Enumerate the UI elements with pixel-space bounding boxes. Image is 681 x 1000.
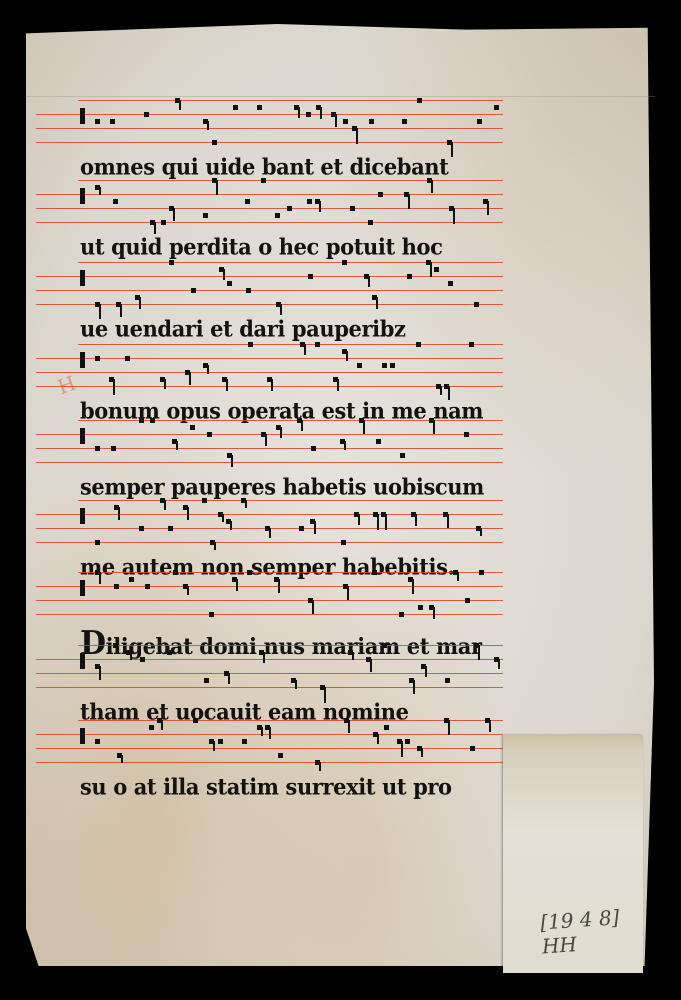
- neume-stem: [314, 521, 316, 534]
- neume-note: [247, 570, 252, 575]
- staff-line: [36, 687, 503, 688]
- neume-stem: [385, 514, 387, 530]
- neume-stem: [228, 673, 230, 684]
- staff-line: [78, 100, 503, 101]
- neume-stem: [189, 372, 191, 385]
- neume-note: [287, 206, 292, 211]
- neume-stem: [304, 344, 306, 355]
- neume-note: [464, 432, 469, 437]
- neume-note: [95, 540, 100, 545]
- neume-stem: [346, 351, 348, 361]
- neume-note: [257, 105, 262, 110]
- clef-icon: [80, 188, 85, 204]
- neume-stem: [280, 304, 282, 315]
- staff-line: [36, 222, 503, 223]
- neume-note: [125, 356, 130, 361]
- neume-note: [139, 526, 144, 531]
- neume-stem: [207, 365, 209, 374]
- neume-note: [140, 657, 145, 662]
- neume-stem: [312, 600, 314, 614]
- neume-stem: [226, 379, 228, 391]
- neume-stem: [269, 727, 271, 739]
- neume-stem: [489, 720, 491, 732]
- neume-note: [129, 577, 134, 582]
- staff-line: [78, 720, 503, 721]
- staff-line: [78, 262, 503, 263]
- neume-note: [477, 119, 482, 124]
- neume-stem: [431, 180, 433, 193]
- neume-stem: [335, 114, 337, 127]
- neume-note: [311, 446, 316, 451]
- neume-stem: [401, 741, 403, 757]
- neume-stem: [480, 528, 482, 536]
- staff-line: [78, 344, 503, 345]
- neume-note: [299, 526, 304, 531]
- clef-icon: [80, 270, 85, 286]
- neume-stem: [130, 652, 132, 660]
- neume-stem: [368, 276, 370, 287]
- neume-note: [369, 119, 374, 124]
- neume-stem: [447, 514, 449, 528]
- neume-stem: [408, 194, 410, 209]
- neume-stem: [453, 208, 455, 224]
- staff-line: [36, 372, 503, 373]
- neume-stem: [319, 201, 321, 212]
- neume-stem: [376, 297, 378, 309]
- neume-note: [357, 363, 362, 368]
- neume-stem: [154, 222, 156, 234]
- neume-note: [402, 119, 407, 124]
- staff-line: [36, 462, 503, 463]
- staff-line: [78, 645, 503, 646]
- neume-stem: [425, 666, 427, 677]
- neume-stem: [377, 734, 379, 744]
- lyric-line: ue uendari et dari pauperibz: [80, 315, 406, 342]
- lyric-line: me autem non semper habebitis.: [80, 553, 454, 580]
- neume-note: [400, 453, 405, 458]
- neume-note: [246, 288, 251, 293]
- neume-stem: [298, 107, 300, 118]
- neume-note: [169, 260, 174, 265]
- neume-stem: [295, 680, 297, 689]
- neume-stem: [433, 607, 435, 619]
- neume-stem: [498, 659, 500, 669]
- neume-stem: [320, 107, 322, 119]
- staff-line: [36, 659, 503, 660]
- neume-note: [209, 612, 214, 617]
- neume-note: [193, 718, 198, 723]
- neume-note: [343, 119, 348, 124]
- neume-note: [190, 425, 195, 430]
- neume-stem: [263, 652, 265, 663]
- neume-stem: [179, 100, 181, 110]
- neume-note: [242, 739, 247, 744]
- neume-stem: [99, 187, 101, 195]
- archival-note: [19 4 8] HH: [539, 904, 644, 959]
- neume-note: [139, 418, 144, 423]
- neume-stem: [337, 379, 339, 391]
- clef-icon: [80, 728, 85, 744]
- neume-note: [95, 446, 100, 451]
- neume-stem: [348, 720, 350, 733]
- clef-icon: [80, 108, 85, 124]
- neume-stem: [440, 386, 442, 395]
- lyric-line: omnes qui uide bant et dicebant: [80, 153, 448, 180]
- neume-stem: [430, 262, 432, 277]
- neume-note: [95, 356, 100, 361]
- neume-note: [307, 199, 312, 204]
- staff-line: [36, 542, 503, 543]
- neume-note: [113, 643, 118, 648]
- neume-note: [376, 439, 381, 444]
- staff-line: [36, 194, 503, 195]
- neume-note: [417, 98, 422, 103]
- neume-note: [248, 342, 253, 347]
- neume-note: [111, 446, 116, 451]
- lyric-line: su o at illa statim surrexit ut pro: [80, 773, 452, 800]
- staff-line: [36, 673, 503, 674]
- staff-line: [36, 142, 503, 143]
- neume-stem: [187, 507, 189, 520]
- neume-stem: [214, 542, 216, 550]
- staff-line: [36, 304, 503, 305]
- neume-stem: [457, 572, 459, 581]
- neume-stem: [433, 420, 435, 434]
- neume-stem: [301, 420, 303, 431]
- staff-line: [36, 290, 503, 291]
- neume-note: [416, 342, 421, 347]
- neume-note: [168, 526, 173, 531]
- staff-line: [36, 448, 503, 449]
- neume-stem: [164, 500, 166, 510]
- neume-note: [405, 739, 410, 744]
- neume-stem: [358, 514, 360, 525]
- neume-stem: [412, 579, 414, 594]
- neume-stem: [173, 208, 175, 221]
- neume-stem: [236, 579, 238, 591]
- neume-stem: [415, 514, 417, 526]
- neume-stem: [223, 269, 225, 280]
- neume-note: [167, 650, 172, 655]
- neume-note: [465, 598, 470, 603]
- neume-note: [191, 288, 196, 293]
- neume-note: [382, 643, 387, 648]
- neume-note: [445, 678, 450, 683]
- neume-note: [306, 112, 311, 117]
- neume-note: [308, 274, 313, 279]
- neume-stem: [319, 762, 321, 771]
- neume-stem: [265, 434, 267, 446]
- neume-note: [368, 220, 373, 225]
- neume-note: [474, 302, 479, 307]
- neume-note: [202, 498, 207, 503]
- neume-stem: [213, 741, 215, 751]
- neume-stem: [269, 528, 271, 538]
- clef-icon: [80, 428, 85, 444]
- neume-note: [341, 540, 346, 545]
- repair-patch: [19 4 8] HH: [503, 735, 643, 973]
- staff-line: [36, 514, 503, 515]
- neume-stem: [118, 507, 120, 520]
- neume-stem: [121, 755, 123, 763]
- neume-stem: [230, 521, 232, 530]
- neume-stem: [222, 514, 224, 522]
- neume-stem: [161, 720, 163, 730]
- neume-note: [145, 584, 150, 589]
- staff-line: [78, 180, 503, 181]
- neume-note: [150, 418, 155, 423]
- neume-note: [470, 746, 475, 751]
- staff-line: [36, 276, 503, 277]
- staff-line: [36, 208, 503, 209]
- neume-note: [233, 105, 238, 110]
- neume-note: [245, 199, 250, 204]
- neume-note: [448, 281, 453, 286]
- neume-note: [110, 119, 115, 124]
- neume-note: [278, 753, 283, 758]
- neume-stem: [139, 297, 141, 309]
- neume-note: [173, 570, 178, 575]
- staff-line: [36, 748, 503, 749]
- neume-stem: [478, 645, 480, 660]
- neume-stem: [271, 379, 273, 391]
- neume-stem: [451, 142, 453, 157]
- neume-note: [372, 570, 377, 575]
- neume-note: [399, 612, 404, 617]
- neume-note: [378, 192, 383, 197]
- neume-stem: [187, 586, 189, 595]
- neume-stem: [278, 579, 280, 593]
- clef-icon: [80, 508, 85, 524]
- neume-stem: [231, 455, 233, 467]
- neume-stem: [413, 680, 415, 694]
- neume-stem: [347, 586, 349, 600]
- neume-stem: [487, 201, 489, 215]
- neume-note: [95, 739, 100, 744]
- lyric-line: semper pauperes habetis uobiscum: [80, 473, 484, 500]
- neume-stem: [164, 379, 166, 389]
- neume-note: [434, 267, 439, 272]
- neume-stem: [245, 500, 247, 508]
- staff-line: [36, 114, 503, 115]
- neume-note: [204, 678, 209, 683]
- ruling-line: [26, 96, 655, 97]
- neume-stem: [99, 572, 101, 584]
- staff-line: [36, 358, 503, 359]
- neume-stem: [207, 121, 209, 130]
- neume-note: [342, 260, 347, 265]
- neume-stem: [280, 427, 282, 438]
- neume-note: [227, 281, 232, 286]
- neume-note: [212, 140, 217, 145]
- neume-stem: [370, 659, 372, 672]
- neume-note: [261, 178, 266, 183]
- neume-note: [382, 363, 387, 368]
- neume-note: [149, 725, 154, 730]
- clef-icon: [80, 580, 85, 596]
- staff-line: [36, 386, 503, 387]
- staff-line: [36, 586, 503, 587]
- neume-note: [494, 105, 499, 110]
- neume-stem: [356, 128, 358, 144]
- neume-note: [479, 570, 484, 575]
- staff-line: [78, 572, 503, 573]
- neume-stem: [363, 420, 365, 434]
- staff-line: [36, 128, 503, 129]
- lyric-line: ut quid perdita o hec potuit hoc: [80, 233, 443, 260]
- clef-icon: [80, 352, 85, 368]
- neume-stem: [261, 727, 263, 736]
- neume-note: [390, 363, 395, 368]
- neume-stem: [352, 652, 354, 660]
- staff-line: [78, 500, 503, 501]
- neume-stem: [113, 379, 115, 395]
- clef-icon: [80, 653, 85, 669]
- neume-stem: [448, 720, 450, 735]
- neume-stem: [216, 180, 218, 195]
- neume-note: [407, 274, 412, 279]
- neume-note: [144, 112, 149, 117]
- neume-note: [95, 119, 100, 124]
- neume-note: [384, 725, 389, 730]
- staff-line: [36, 600, 503, 601]
- neume-note: [315, 342, 320, 347]
- neume-note: [218, 739, 223, 744]
- neume-stem: [377, 514, 379, 530]
- neume-note: [469, 342, 474, 347]
- neume-note: [350, 206, 355, 211]
- neume-stem: [99, 666, 101, 680]
- neume-note: [203, 213, 208, 218]
- neume-stem: [421, 748, 423, 757]
- neume-stem: [344, 441, 346, 450]
- staff-line: [36, 762, 503, 763]
- neume-note: [418, 605, 423, 610]
- neume-note: [114, 584, 119, 589]
- neume-note: [161, 220, 166, 225]
- neume-note: [113, 199, 118, 204]
- neume-note: [275, 213, 280, 218]
- neume-stem: [176, 441, 178, 450]
- neume-note: [207, 432, 212, 437]
